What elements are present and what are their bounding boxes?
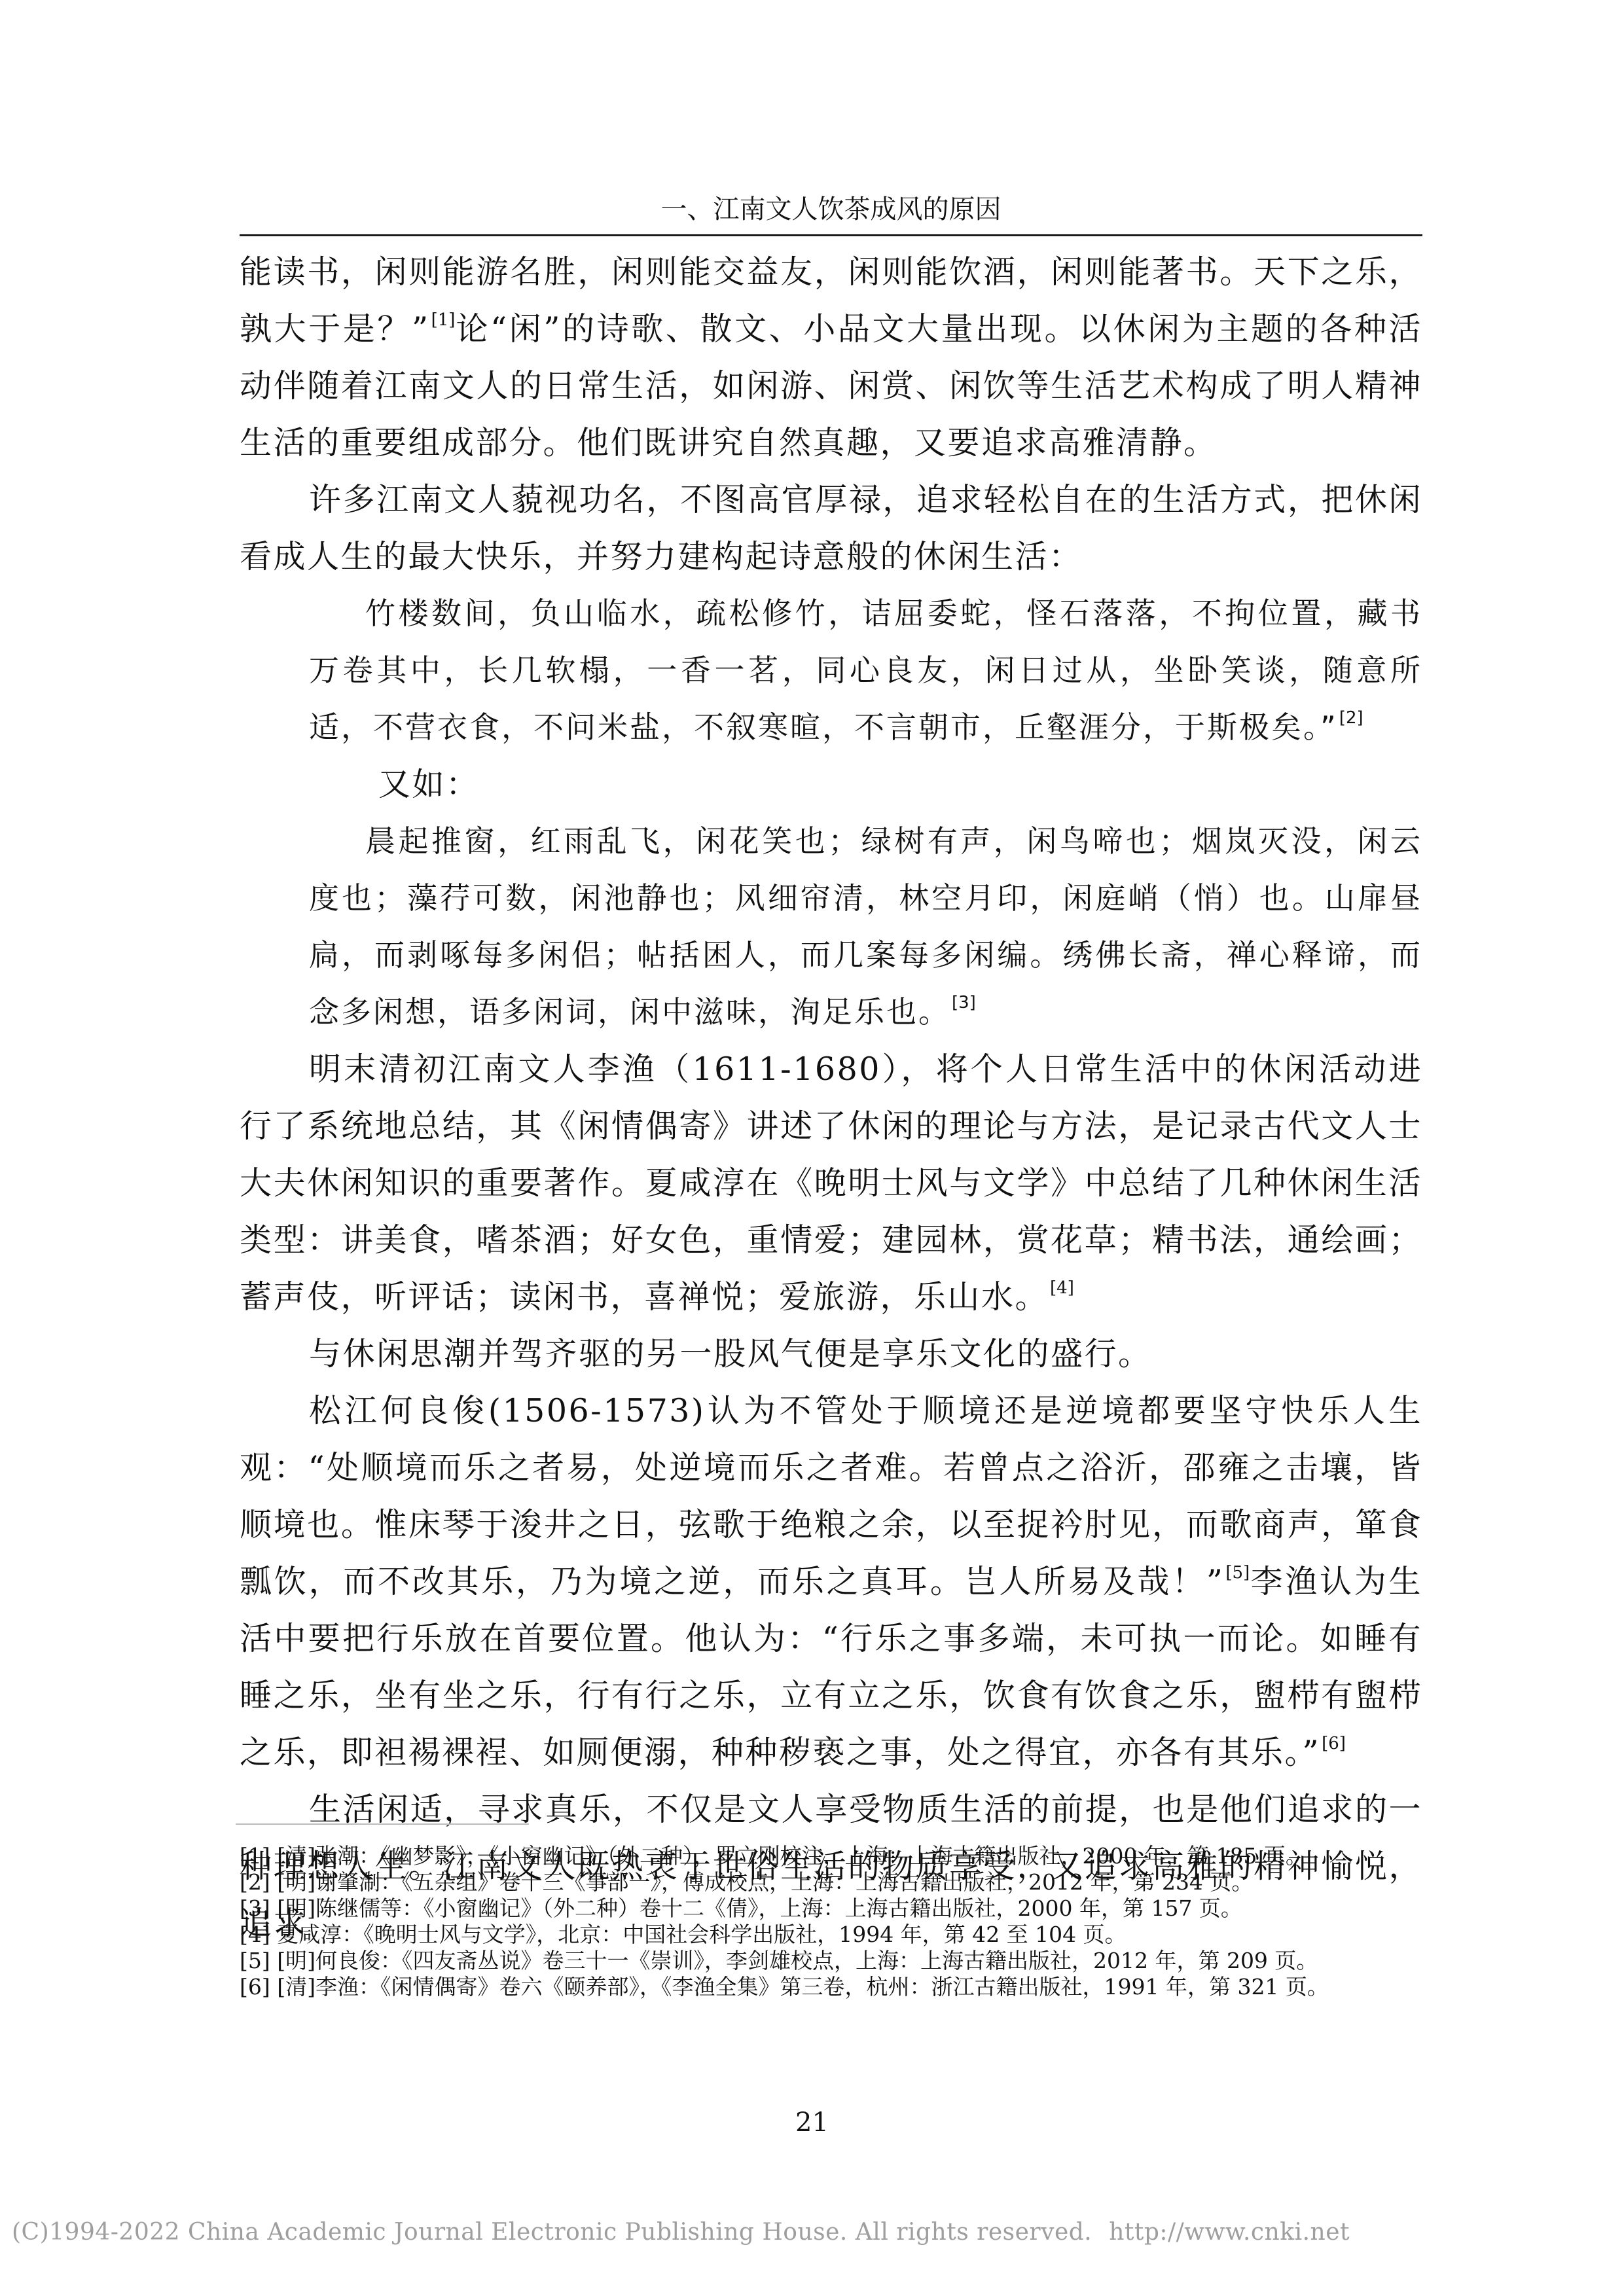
footnote-ref-3[interactable]: [3]: [952, 993, 976, 1013]
paragraph-5: 松江何良俊(1506-1573)认为不管处于顺境还是逆境都要坚守快乐人生观：“处…: [240, 1382, 1422, 1781]
footnote-6: [6] [清]李渔：《闲情偶寄》卷六《颐养部》，《李渔全集》第三卷，杭州：浙江古…: [240, 1974, 1422, 2000]
header-rule: [240, 234, 1422, 236]
cnki-link[interactable]: http://www.cnki.net: [1109, 2219, 1350, 2246]
footnotes: [1] [清]张潮：《幽梦影》，《小窗幽记》（外二种），罗立刚校注，上海：上海古…: [240, 1843, 1422, 2000]
block-quote-1: 竹楼数间，负山临水，疏松修竹，诘屈委蛇，怪石落落，不拘位置，藏书万卷其中，长几软…: [240, 585, 1422, 756]
footnote-separator: [236, 1823, 529, 1825]
footnote-ref-4[interactable]: [4]: [1050, 1278, 1074, 1298]
body-text: 能读书，闲则能游名胜，闲则能交益友，闲则能饮酒，闲则能著书。天下之乐，孰大于是？…: [240, 243, 1422, 1952]
transition-text: 又如：: [240, 756, 1422, 813]
paragraph-2: 许多江南文人藐视功名，不图高官厚禄，追求轻松自在的生活方式，把休闲看成人生的最大…: [240, 471, 1422, 585]
footnote-3: [3] [明]陈继儒等：《小窗幽记》（外二种）卷十二《倩》，上海：上海古籍出版社…: [240, 1895, 1422, 1922]
copyright-text: (C)1994-2022 China Academic Journal Elec…: [12, 2219, 1092, 2246]
paragraph-3-text: 明末清初江南文人李渔（1611-1680），将个人日常生活中的休闲活动进行了系统…: [240, 1050, 1422, 1316]
footnote-ref-6[interactable]: [6]: [1322, 1734, 1346, 1753]
copyright-notice: (C)1994-2022 China Academic Journal Elec…: [12, 2219, 1350, 2246]
footnote-ref-2[interactable]: [2]: [1339, 708, 1363, 728]
paragraph-4: 与休闲思潮并驾齐驱的另一股风气便是享乐文化的盛行。: [240, 1325, 1422, 1382]
footnote-1: [1] [清]张潮：《幽梦影》，《小窗幽记》（外二种），罗立刚校注，上海：上海古…: [240, 1843, 1422, 1869]
footnote-4: [4] 夏咸淳：《晚明士风与文学》，北京：中国社会科学出版社，1994 年，第 …: [240, 1922, 1422, 1948]
block-quote-2: 晨起推窗，红雨乱飞，闲花笑也；绿树有声，闲鸟啼也；烟岚灭没，闲云度也；藻荇可数，…: [240, 813, 1422, 1041]
running-header: 一、江南文人饮茶成风的原因: [240, 191, 1422, 228]
footnote-5: [5] [明]何良俊：《四友斋丛说》卷三十一《崇训》，李剑雄校点，上海：上海古籍…: [240, 1948, 1422, 1974]
footnote-2: [2] [明]谢肇淛：《五杂组》卷十三《事部一》，傅成校点，上海：上海古籍出版社…: [240, 1869, 1422, 1895]
paragraph-1: 能读书，闲则能游名胜，闲则能交益友，闲则能饮酒，闲则能著书。天下之乐，孰大于是？…: [240, 243, 1422, 471]
page-number: 21: [0, 2108, 1624, 2138]
paragraph-3: 明末清初江南文人李渔（1611-1680），将个人日常生活中的休闲活动进行了系统…: [240, 1041, 1422, 1325]
block-quote-1-text: 竹楼数间，负山临水，疏松修竹，诘屈委蛇，怪石落落，不拘位置，藏书万卷其中，长几软…: [309, 596, 1422, 745]
footnote-ref-1[interactable]: [1]: [431, 310, 456, 330]
footnote-ref-5[interactable]: [5]: [1225, 1563, 1250, 1583]
block-quote-2-text: 晨起推窗，红雨乱飞，闲花笑也；绿树有声，闲鸟啼也；烟岚灭没，闲云度也；藻荇可数，…: [309, 823, 1422, 1030]
